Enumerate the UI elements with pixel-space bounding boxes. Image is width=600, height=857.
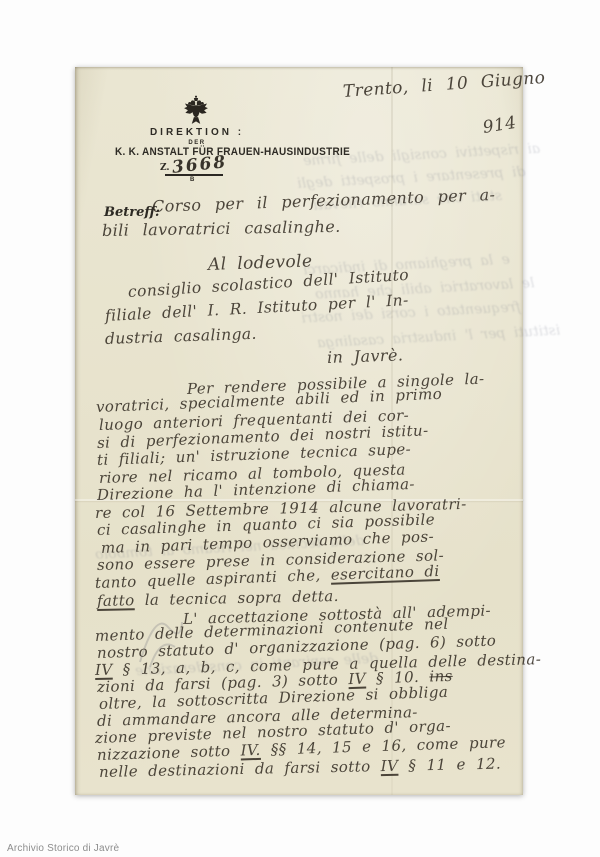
ref-prefix: Z. [160,163,170,173]
letterhead-der: DER [137,140,257,146]
ref-underline [165,174,223,176]
body-text: § 11 e 12. [398,755,501,775]
letterhead-direktion: DIREKTION : [137,127,257,138]
underlined-text: IV [381,757,399,775]
address-place: in Javrè. [327,345,404,367]
salutation: Al lodevole [208,251,313,275]
date-line: Trento, li 10 Giugno [342,68,546,102]
subject-line: bili lavoratrici casalinghe. [102,217,341,240]
ref-sub-letter: B [190,177,194,183]
underlined-text: IV. [240,741,261,760]
double-eagle-emblem-icon [183,95,209,129]
archive-watermark: Archivio Storico di Javrè [7,843,119,854]
letter-page: ai rispettivi consigli delle firme di pr… [75,67,523,795]
date-year: 914 [481,113,517,138]
underlined-text: esercitano di [330,562,439,584]
address-line: dustria casalinga. [105,325,257,348]
scan-background: { "watermark": "Archivio Storico di Javr… [0,0,600,857]
underlined-text: IV [95,661,113,679]
